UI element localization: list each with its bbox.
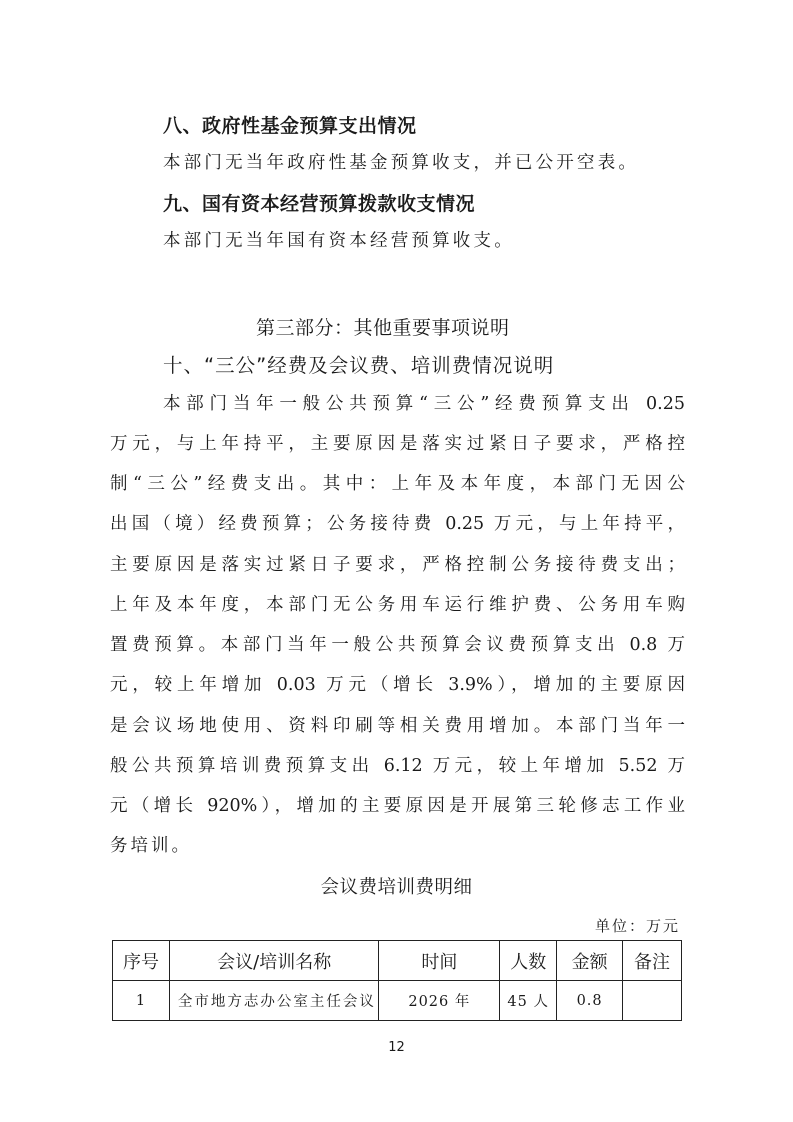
header-time: 时间 [379, 941, 500, 981]
paragraph-line-2: 万元，与上年持平，主要原因是落实过紧日子要求，严格控 [110, 430, 685, 455]
paragraph-line-9: 是会议场地使用、资料印刷等相关费用增加。本部门当年一 [110, 712, 685, 737]
cell-time: 2026 年 [379, 981, 500, 1021]
table-header-row: 序号 会议/培训名称 时间 人数 金额 备注 [113, 941, 682, 981]
paragraph-line-8: 元，较上年增加 0.03 万元（增长 3.9%），增加的主要原因 [110, 671, 685, 696]
cell-amount: 0.8 [557, 981, 623, 1021]
header-headcount: 人数 [500, 941, 557, 981]
paragraph-line-1: 本部门当年一般公共预算“三公”经费预算支出 0.25 [163, 390, 685, 415]
table-unit: 单位：万元 [595, 915, 680, 936]
table-row: 1 全市地方志办公室主任会议 2026 年 45 人 0.8 [113, 981, 682, 1021]
part-title: 第三部分：其他重要事项说明 [256, 313, 510, 340]
cell-remarks [623, 981, 682, 1021]
paragraph-line-10: 般公共预算培训费预算支出 6.12 万元，较上年增加 5.52 万 [110, 752, 685, 777]
header-name: 会议/培训名称 [169, 941, 379, 981]
cell-headcount: 45 人 [500, 981, 557, 1021]
table-title: 会议费培训费明细 [0, 873, 793, 899]
paragraph-line-6: 上年及本年度，本部门无公务用车运行维护费、公务用车购 [110, 591, 685, 616]
section-body-8: 本部门无当年政府性基金预算收支，并已公开空表。 [163, 149, 639, 174]
paragraph-line-11: 元（增长 920%），增加的主要原因是开展第三轮修志工作业 [110, 792, 685, 817]
cell-name: 全市地方志办公室主任会议 [169, 981, 379, 1021]
page-number: 12 [0, 1040, 793, 1055]
section-heading-9: 九、国有资本经营预算拨款收支情况 [163, 189, 475, 216]
paragraph-line-3: 制“三公”经费支出。其中：上年及本年度，本部门无因公 [110, 470, 685, 495]
section-heading-8: 八、政府性基金预算支出情况 [163, 111, 417, 138]
paragraph-line-12: 务培训。 [110, 832, 192, 857]
section-heading-10: 十、“三公”经费及会议费、培训费情况说明 [163, 350, 554, 378]
paragraph-line-7: 置费预算。本部门当年一般公共预算会议费预算支出 0.8 万 [110, 631, 685, 656]
header-amount: 金额 [557, 941, 623, 981]
expense-detail-table: 序号 会议/培训名称 时间 人数 金额 备注 1 全市地方志办公室主任会议 20… [112, 940, 682, 1021]
paragraph-line-4: 出国（境）经费预算；公务接待费 0.25 万元，与上年持平， [110, 510, 685, 535]
header-remarks: 备注 [623, 941, 682, 981]
cell-index: 1 [113, 981, 170, 1021]
header-index: 序号 [113, 941, 170, 981]
paragraph-line-5: 主要原因是落实过紧日子要求，严格控制公务接待费支出； [110, 551, 685, 576]
section-body-9: 本部门无当年国有资本经营预算收支。 [163, 227, 515, 252]
